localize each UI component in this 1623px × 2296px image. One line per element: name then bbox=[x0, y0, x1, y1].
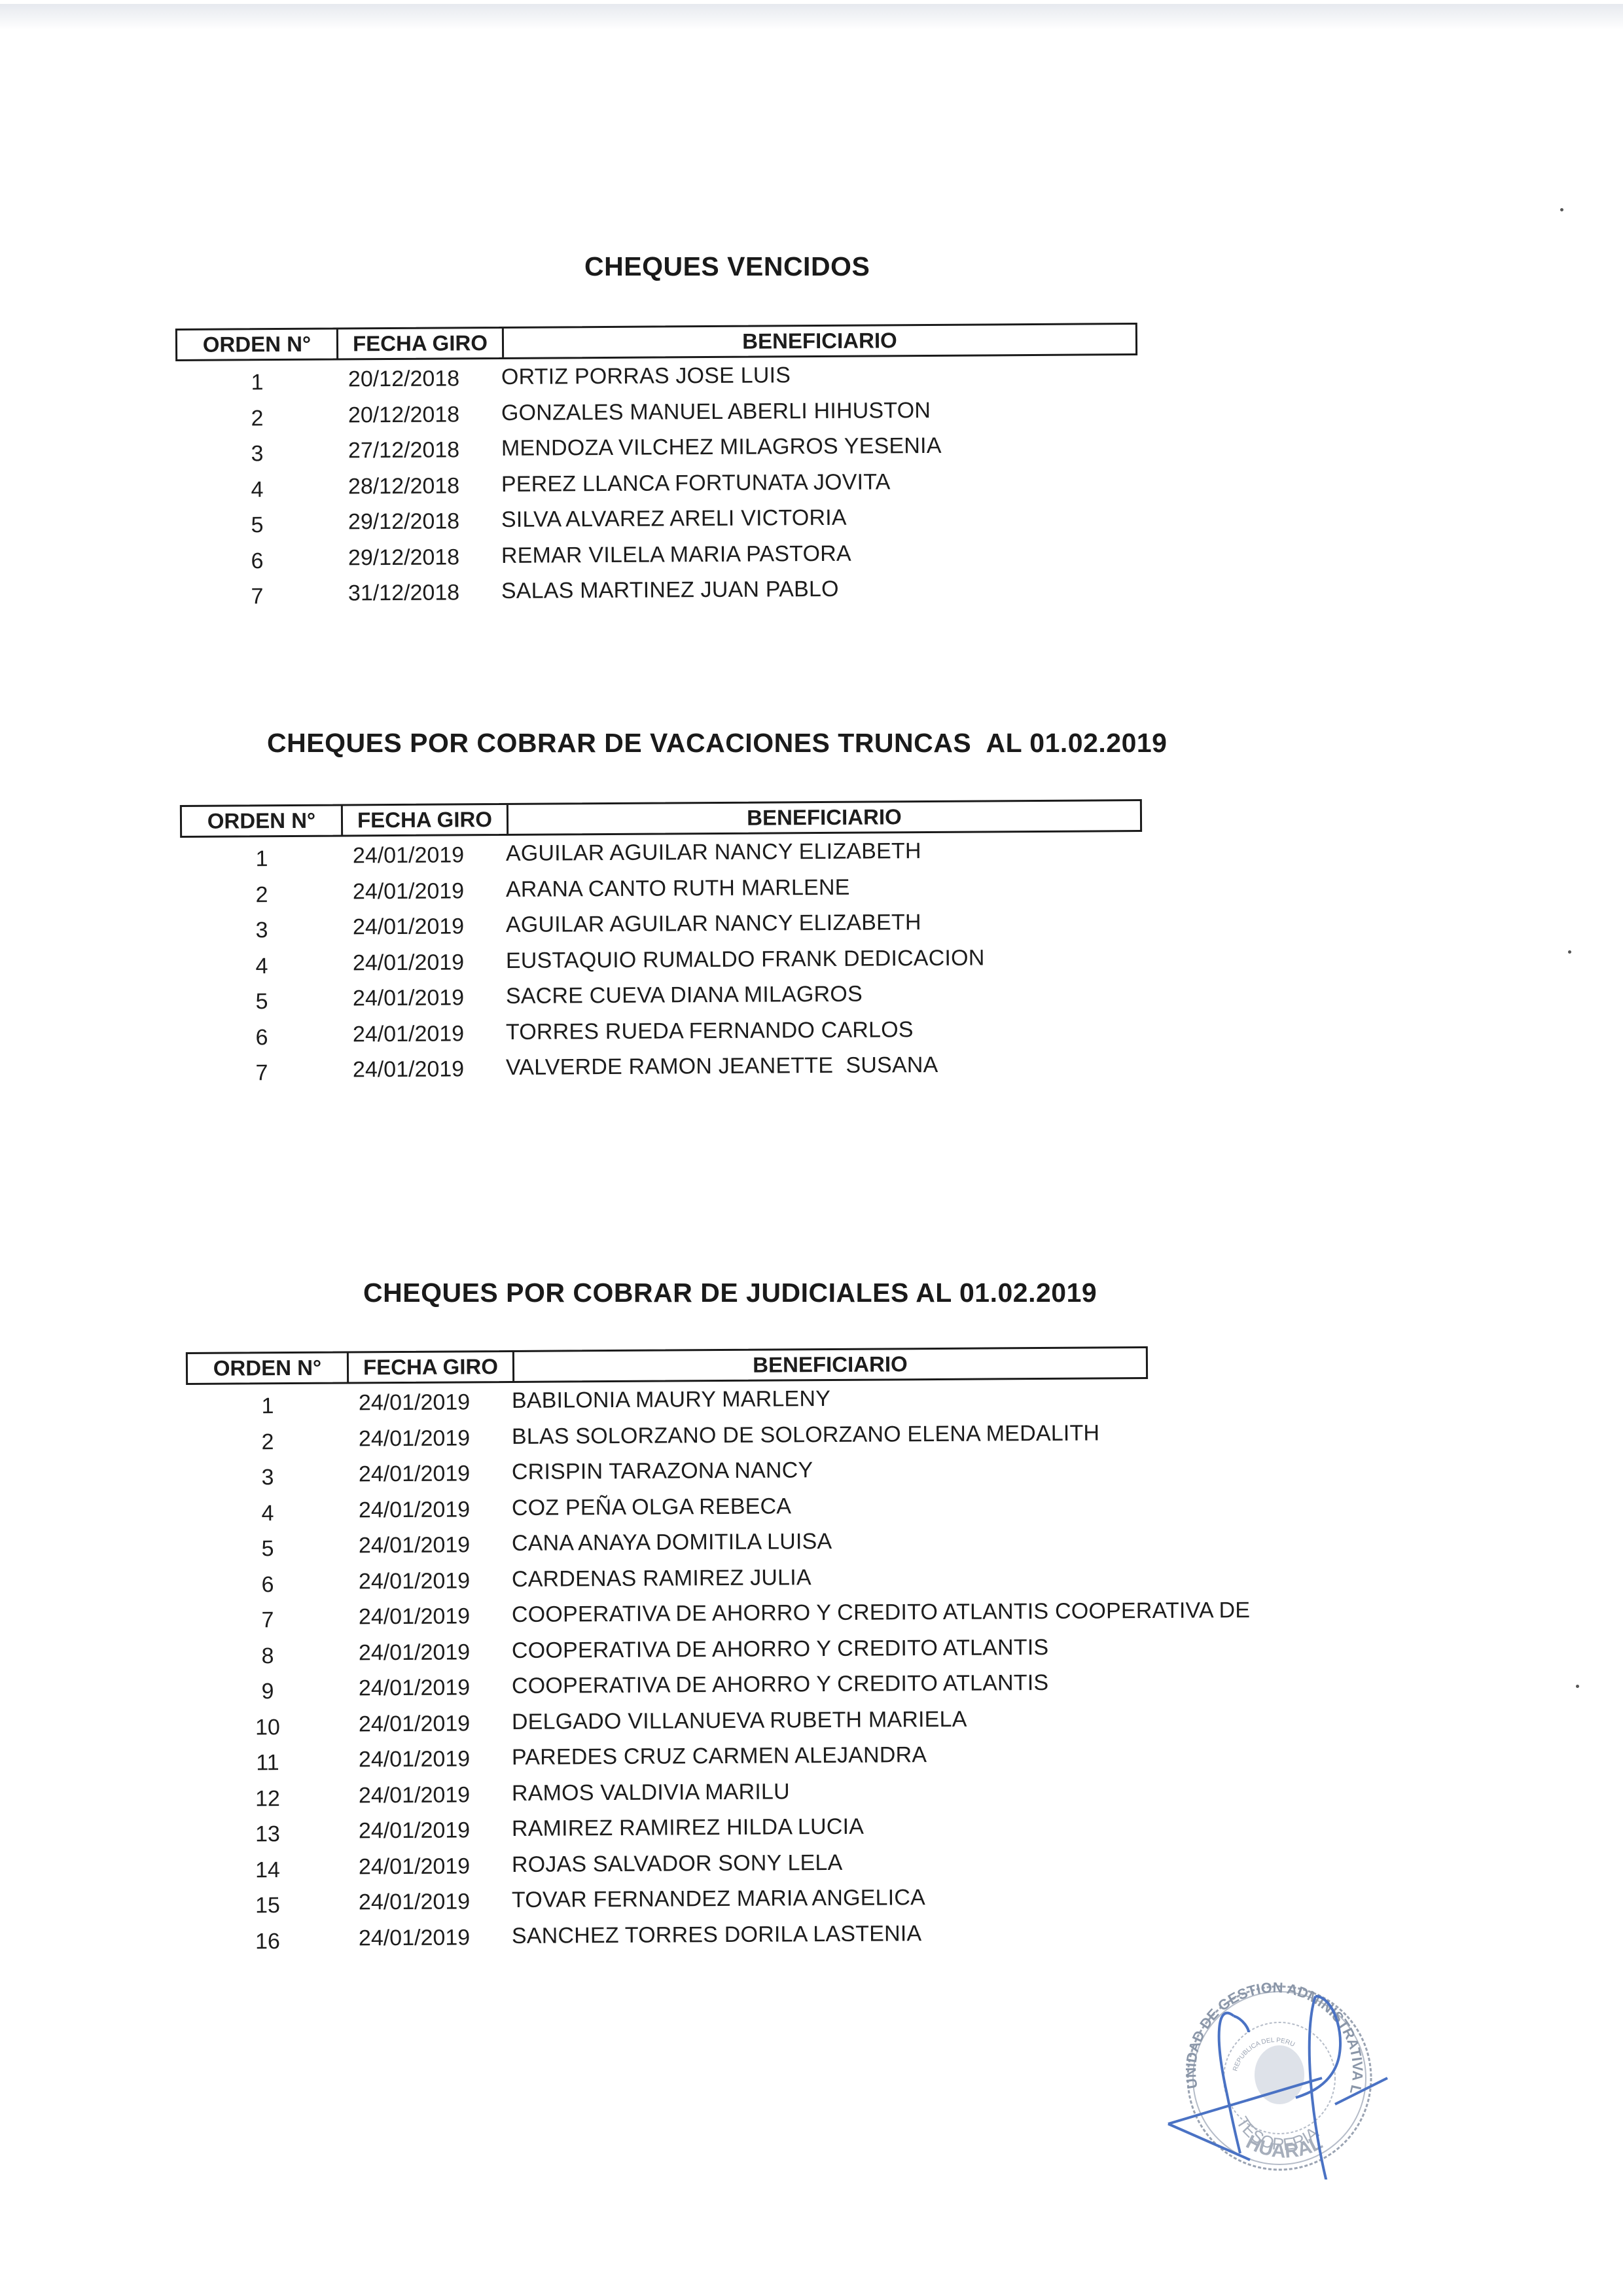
scan-speck bbox=[1576, 1685, 1579, 1688]
header-fecha-giro: FECHA GIRO bbox=[343, 805, 508, 835]
orden-cell: 2 bbox=[181, 882, 342, 908]
scan-speck bbox=[1560, 208, 1563, 211]
fecha-giro-cell: 31/12/2018 bbox=[348, 580, 459, 606]
fecha-giro-cell: 24/01/2019 bbox=[359, 1854, 470, 1880]
table-header: ORDEN N° FECHA GIRO BENEFICIARIO bbox=[175, 323, 1137, 361]
fecha-giro-cell: 24/01/2019 bbox=[353, 985, 464, 1011]
table-row: 529/12/2018SILVA ALVAREZ ARELI VICTORIA bbox=[177, 501, 1289, 544]
header-beneficiario: BENEFICIARIO bbox=[504, 325, 1135, 357]
fecha-giro-cell: 24/01/2019 bbox=[359, 1568, 470, 1594]
orden-cell: 1 bbox=[187, 1393, 348, 1420]
beneficiario-cell: REMAR VILELA MARIA PASTORA bbox=[501, 541, 851, 568]
fecha-giro-cell: 24/01/2019 bbox=[359, 1746, 470, 1772]
header-fecha-giro: FECHA GIRO bbox=[338, 329, 504, 359]
orden-cell: 3 bbox=[181, 917, 342, 944]
fecha-giro-cell: 24/01/2019 bbox=[359, 1782, 470, 1808]
beneficiario-cell: RAMIREZ RAMIREZ HILDA LUCIA bbox=[512, 1814, 864, 1842]
fecha-giro-cell: 28/12/2018 bbox=[348, 473, 459, 499]
orden-cell: 5 bbox=[177, 512, 338, 539]
orden-cell: 12 bbox=[187, 1785, 348, 1812]
beneficiario-cell: COOPERATIVA DE AHORRO Y CREDITO ATLANTIS… bbox=[512, 1598, 1250, 1628]
orden-cell: 7 bbox=[181, 1060, 342, 1086]
orden-cell: 3 bbox=[187, 1464, 348, 1491]
orden-cell: 2 bbox=[187, 1429, 348, 1456]
beneficiario-cell: PEREZ LLANCA FORTUNATA JOVITA bbox=[501, 469, 891, 497]
orden-cell: 3 bbox=[177, 440, 338, 467]
beneficiario-cell: TORRES RUEDA FERNANDO CARLOS bbox=[506, 1017, 914, 1045]
fecha-giro-cell: 24/01/2019 bbox=[353, 842, 464, 869]
orden-cell: 15 bbox=[187, 1892, 348, 1919]
table-header: ORDEN N° FECHA GIRO BENEFICIARIO bbox=[180, 799, 1142, 838]
fecha-giro-cell: 24/01/2019 bbox=[353, 878, 464, 905]
beneficiario-cell: GONZALES MANUEL ABERLI HIHUSTON bbox=[501, 397, 931, 425]
orden-cell: 11 bbox=[187, 1749, 348, 1776]
orden-cell: 7 bbox=[187, 1607, 348, 1634]
orden-cell: 1 bbox=[181, 846, 342, 872]
orden-cell: 4 bbox=[181, 953, 342, 980]
beneficiario-cell: SANCHEZ TORRES DORILA LASTENIA bbox=[512, 1921, 922, 1949]
fecha-giro-cell: 24/01/2019 bbox=[353, 1056, 464, 1083]
orden-cell: 13 bbox=[187, 1821, 348, 1848]
orden-cell: 5 bbox=[187, 1535, 348, 1562]
fecha-giro-cell: 24/01/2019 bbox=[359, 1640, 470, 1666]
fecha-giro-cell: 29/12/2018 bbox=[348, 509, 459, 535]
beneficiario-cell: COOPERATIVA DE AHORRO Y CREDITO ATLANTIS bbox=[512, 1634, 1049, 1663]
table-body: 124/01/2019AGUILAR AGUILAR NANCY ELIZABE… bbox=[181, 842, 1294, 1092]
beneficiario-cell: SILVA ALVAREZ ARELI VICTORIA bbox=[501, 505, 847, 533]
fecha-giro-cell: 24/01/2019 bbox=[353, 1021, 464, 1047]
fecha-giro-cell: 24/01/2019 bbox=[359, 1604, 470, 1630]
orden-cell: 10 bbox=[187, 1714, 348, 1741]
header-orden: ORDEN N° bbox=[182, 806, 343, 836]
table-row: 1624/01/2019SANCHEZ TORRES DORILA LASTEN… bbox=[187, 1916, 1431, 1960]
orden-cell: 7 bbox=[177, 583, 338, 610]
fecha-giro-cell: 24/01/2019 bbox=[359, 1461, 470, 1487]
table-row: 327/12/2018MENDOZA VILCHEZ MILAGROS YESE… bbox=[177, 430, 1289, 473]
orden-cell: 1 bbox=[177, 369, 338, 396]
fecha-giro-cell: 24/01/2019 bbox=[359, 1675, 470, 1701]
table-body: 124/01/2019BABILONIA MAURY MARLENY224/01… bbox=[187, 1389, 1431, 1960]
beneficiario-cell: DELGADO VILLANUEVA RUBETH MARIELA bbox=[512, 1706, 967, 1734]
beneficiario-cell: ORTIZ PORRAS JOSE LUIS bbox=[501, 363, 791, 390]
section-title-judiciales: CHEQUES POR COBRAR DE JUDICIALES AL 01.0… bbox=[363, 1278, 1097, 1308]
orden-cell: 4 bbox=[177, 476, 338, 503]
beneficiario-cell: SALAS MARTINEZ JUAN PABLO bbox=[501, 577, 839, 604]
beneficiario-cell: CANA ANAYA DOMITILA LUISA bbox=[512, 1529, 832, 1556]
fecha-giro-cell: 24/01/2019 bbox=[359, 1426, 470, 1452]
beneficiario-cell: BLAS SOLORZANO DE SOLORZANO ELENA MEDALI… bbox=[512, 1420, 1100, 1449]
fecha-giro-cell: 24/01/2019 bbox=[353, 914, 464, 940]
fecha-giro-cell: 24/01/2019 bbox=[353, 950, 464, 976]
beneficiario-cell: PAREDES CRUZ CARMEN ALEJANDRA bbox=[512, 1742, 927, 1770]
orden-cell: 8 bbox=[187, 1643, 348, 1670]
orden-cell: 9 bbox=[187, 1678, 348, 1705]
beneficiario-cell: CRISPIN TARAZONA NANCY bbox=[512, 1458, 813, 1485]
orden-cell: 4 bbox=[187, 1500, 348, 1527]
orden-cell: 6 bbox=[187, 1571, 348, 1598]
header-fecha-giro: FECHA GIRO bbox=[349, 1352, 514, 1382]
fecha-giro-cell: 24/01/2019 bbox=[359, 1889, 470, 1915]
beneficiario-cell: ARANA CANTO RUTH MARLENE bbox=[506, 874, 850, 902]
fecha-giro-cell: 29/12/2018 bbox=[348, 545, 459, 571]
table-row: 724/01/2019VALVERDE RAMON JEANETTE SUSAN… bbox=[181, 1049, 1294, 1092]
orden-cell: 6 bbox=[177, 548, 338, 575]
orden-cell: 14 bbox=[187, 1857, 348, 1884]
orden-cell: 16 bbox=[187, 1928, 348, 1955]
section-title-cheques-vencidos: CHEQUES VENCIDOS bbox=[584, 251, 870, 282]
beneficiario-cell: SACRE CUEVA DIANA MILAGROS bbox=[506, 982, 863, 1009]
orden-cell: 2 bbox=[177, 405, 338, 432]
beneficiario-cell: EUSTAQUIO RUMALDO FRANK DEDICACION bbox=[506, 945, 985, 973]
fecha-giro-cell: 20/12/2018 bbox=[348, 402, 459, 428]
fecha-giro-cell: 24/01/2019 bbox=[359, 1390, 470, 1416]
section-title-vacaciones-truncas: CHEQUES POR COBRAR DE VACACIONES TRUNCAS… bbox=[267, 728, 1167, 759]
header-beneficiario: BENEFICIARIO bbox=[514, 1348, 1146, 1381]
table-header: ORDEN N° FECHA GIRO BENEFICIARIO bbox=[186, 1346, 1148, 1385]
beneficiario-cell: COZ PEÑA OLGA REBECA bbox=[512, 1494, 791, 1521]
beneficiario-cell: BABILONIA MAURY MARLENY bbox=[512, 1386, 830, 1414]
beneficiario-cell: AGUILAR AGUILAR NANCY ELIZABETH bbox=[506, 910, 921, 938]
fecha-giro-cell: 24/01/2019 bbox=[359, 1818, 470, 1844]
beneficiario-cell: AGUILAR AGUILAR NANCY ELIZABETH bbox=[506, 838, 921, 867]
table-row: 324/01/2019AGUILAR AGUILAR NANCY ELIZABE… bbox=[181, 906, 1294, 949]
fecha-giro-cell: 27/12/2018 bbox=[348, 437, 459, 463]
header-orden: ORDEN N° bbox=[188, 1353, 349, 1383]
beneficiario-cell: MENDOZA VILCHEZ MILAGROS YESENIA bbox=[501, 433, 942, 461]
table-body: 120/12/2018ORTIZ PORRAS JOSE LUIS220/12/… bbox=[177, 365, 1289, 615]
orden-cell: 5 bbox=[181, 988, 342, 1015]
beneficiario-cell: RAMOS VALDIVIA MARILU bbox=[512, 1779, 790, 1806]
orden-cell: 6 bbox=[181, 1024, 342, 1051]
table-row: 124/01/2019AGUILAR AGUILAR NANCY ELIZABE… bbox=[181, 835, 1294, 878]
beneficiario-cell: CARDENAS RAMIREZ JULIA bbox=[512, 1565, 811, 1592]
fecha-giro-cell: 20/12/2018 bbox=[348, 366, 459, 392]
fecha-giro-cell: 24/01/2019 bbox=[359, 1711, 470, 1737]
stamp-seal-icon: UNIDAD DE GESTION ADMINISTRATIVA LOCAL N… bbox=[1139, 1957, 1400, 2179]
scan-speck bbox=[1568, 950, 1571, 954]
fecha-giro-cell: 24/01/2019 bbox=[359, 1925, 470, 1951]
beneficiario-cell: ROJAS SALVADOR SONY LELA bbox=[512, 1850, 843, 1877]
scan-artifact bbox=[0, 4, 1623, 30]
beneficiario-cell: TOVAR FERNANDEZ MARIA ANGELICA bbox=[512, 1885, 925, 1913]
table-row: 120/12/2018ORTIZ PORRAS JOSE LUIS bbox=[177, 359, 1289, 401]
header-beneficiario: BENEFICIARIO bbox=[508, 801, 1140, 834]
beneficiario-cell: VALVERDE RAMON JEANETTE SUSANA bbox=[506, 1052, 938, 1081]
official-stamp: UNIDAD DE GESTION ADMINISTRATIVA LOCAL N… bbox=[1139, 1957, 1400, 2179]
table-row: 524/01/2019SACRE CUEVA DIANA MILAGROS bbox=[181, 978, 1294, 1020]
table-row: 731/12/2018SALAS MARTINEZ JUAN PABLO bbox=[177, 573, 1289, 615]
fecha-giro-cell: 24/01/2019 bbox=[359, 1497, 470, 1523]
beneficiario-cell: COOPERATIVA DE AHORRO Y CREDITO ATLANTIS bbox=[512, 1670, 1049, 1699]
header-orden: ORDEN N° bbox=[177, 329, 338, 359]
fecha-giro-cell: 24/01/2019 bbox=[359, 1532, 470, 1558]
